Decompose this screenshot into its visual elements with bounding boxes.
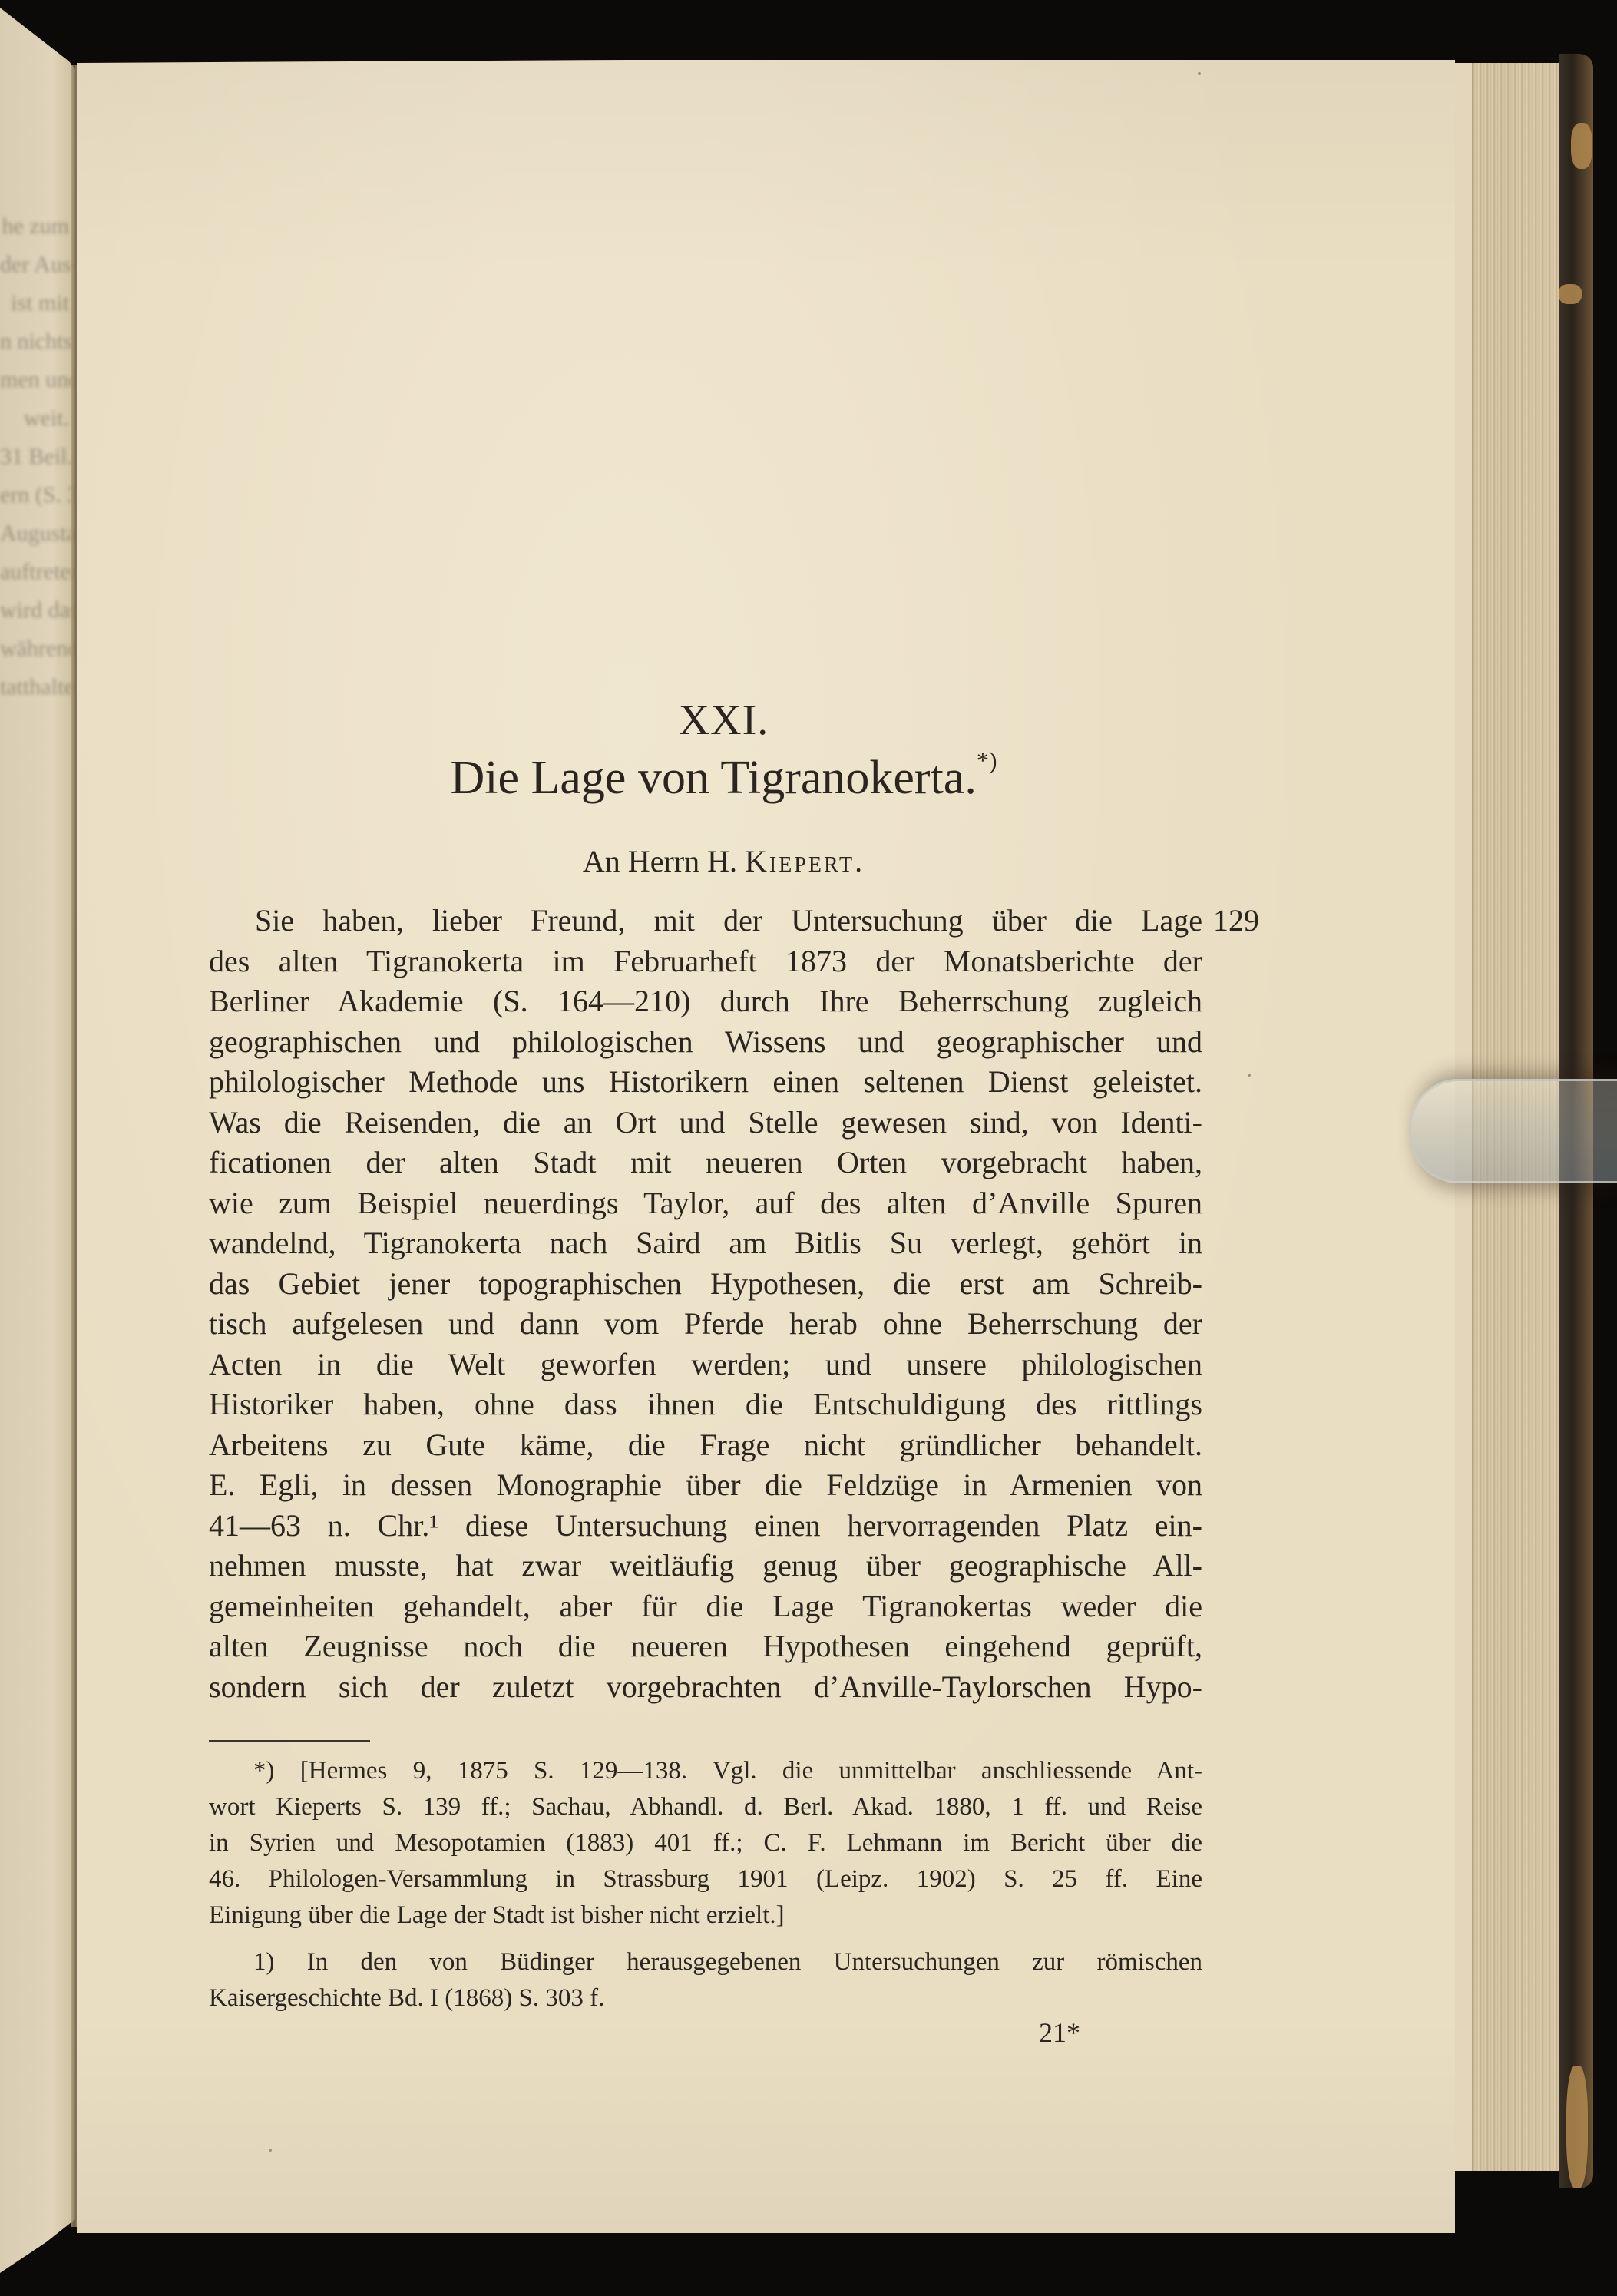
page-clip [1409, 1079, 1617, 1183]
footnote-line: *) [Hermes 9, 1875 S. 129—138. Vgl. die … [209, 1753, 1202, 1789]
salutation: An Herrn H. Kiepert. [35, 843, 1413, 879]
body-line: philologischer Methode uns Historikern e… [209, 1062, 1202, 1103]
footnote-line: in Syrien und Mesopotamien (1883) 401 ff… [209, 1825, 1202, 1861]
body-line: nehmen musste, hat zwar weitläufig genug… [209, 1546, 1202, 1586]
spine-wear-mark [1571, 123, 1592, 169]
chapter-title: Die Lage von Tigranokerta.*) [35, 751, 1413, 806]
body-line: Was die Reisenden, die an Ort und Stelle… [209, 1103, 1202, 1143]
body-line: wandelnd, Tigranokerta nach Saird am Bit… [209, 1223, 1202, 1264]
footnote-separator [209, 1740, 370, 1742]
footnote-marker: *) [977, 746, 997, 774]
body-line: des alten Tigranokerta im Februarheft 18… [209, 941, 1202, 982]
spine-wear-mark [1559, 284, 1582, 304]
body-line: das Gebiet jener topographischen Hypothe… [209, 1264, 1202, 1305]
previous-page-edge: he zum der Aus- ist mit n nichts men und… [0, 0, 75, 2296]
body-line: Acten in die Welt geworfen werden; und u… [209, 1345, 1202, 1385]
footnote-line: Kaisergeschichte Bd. I (1868) S. 303 f. [209, 1980, 1202, 2016]
body-line: tisch aufgelesen und dann vom Pferde her… [209, 1304, 1202, 1345]
body-line: wie zum Beispiel neuerdings Taylor, auf … [209, 1183, 1202, 1224]
body-text: Sie haben, lieber Freund, mit der Unters… [209, 901, 1202, 1707]
body-line: geographischen und philologischen Wissen… [209, 1022, 1202, 1063]
margin-page-number: 129 [1213, 901, 1259, 941]
footnote-star: *) [Hermes 9, 1875 S. 129—138. Vgl. die … [209, 1753, 1202, 1934]
footnote-1: 1) In den von Büdinger herausgegebenen U… [209, 1944, 1202, 2016]
footnote-line: wort Kieperts S. 139 ff.; Sachau, Abhand… [209, 1789, 1202, 1825]
footnote-line: 46. Philologen-Versammlung in Strassburg… [209, 1861, 1202, 1897]
signature-mark: 21* [1039, 2016, 1080, 2049]
body-line: alten Zeugnisse noch die neueren Hypothe… [209, 1626, 1202, 1667]
addressee-name: Kiepert. [745, 844, 865, 878]
body-line: E. Egli, in dessen Monographie über die … [209, 1465, 1202, 1506]
body-line: sondern sich der zuletzt vorgebrachten d… [209, 1667, 1202, 1708]
body-line: 41—63 n. Chr.¹ diese Untersuchung einen … [209, 1506, 1202, 1547]
chapter-title-text: Die Lage von Tigranokerta. [451, 752, 977, 804]
spine-wear-mark [1566, 2066, 1588, 2188]
book-page: XXI. Die Lage von Tigranokerta.*) An Her… [77, 60, 1455, 2233]
body-line: gemeinheiten gehandelt, aber für die Lag… [209, 1586, 1202, 1627]
previous-page-text: he zum der Aus- ist mit n nichts men und… [0, 207, 69, 706]
footnote-line: Einigung über die Lage der Stadt ist bis… [209, 1897, 1202, 1934]
footnote-line: 1) In den von Büdinger herausgegebenen U… [209, 1944, 1202, 1980]
body-line: Sie haben, lieber Freund, mit der Unters… [209, 901, 1202, 941]
footnotes: *) [Hermes 9, 1875 S. 129—138. Vgl. die … [209, 1753, 1202, 2016]
chapter-number: XXI. [35, 696, 1413, 745]
body-line: Arbeitens zu Gute käme, die Frage nicht … [209, 1425, 1202, 1466]
body-line: ficationen der alten Stadt mit neueren O… [209, 1143, 1202, 1183]
body-line: Historiker haben, ohne dass ihnen die En… [209, 1385, 1202, 1425]
body-line: Berliner Akademie (S. 164—210) durch Ihr… [209, 981, 1202, 1022]
